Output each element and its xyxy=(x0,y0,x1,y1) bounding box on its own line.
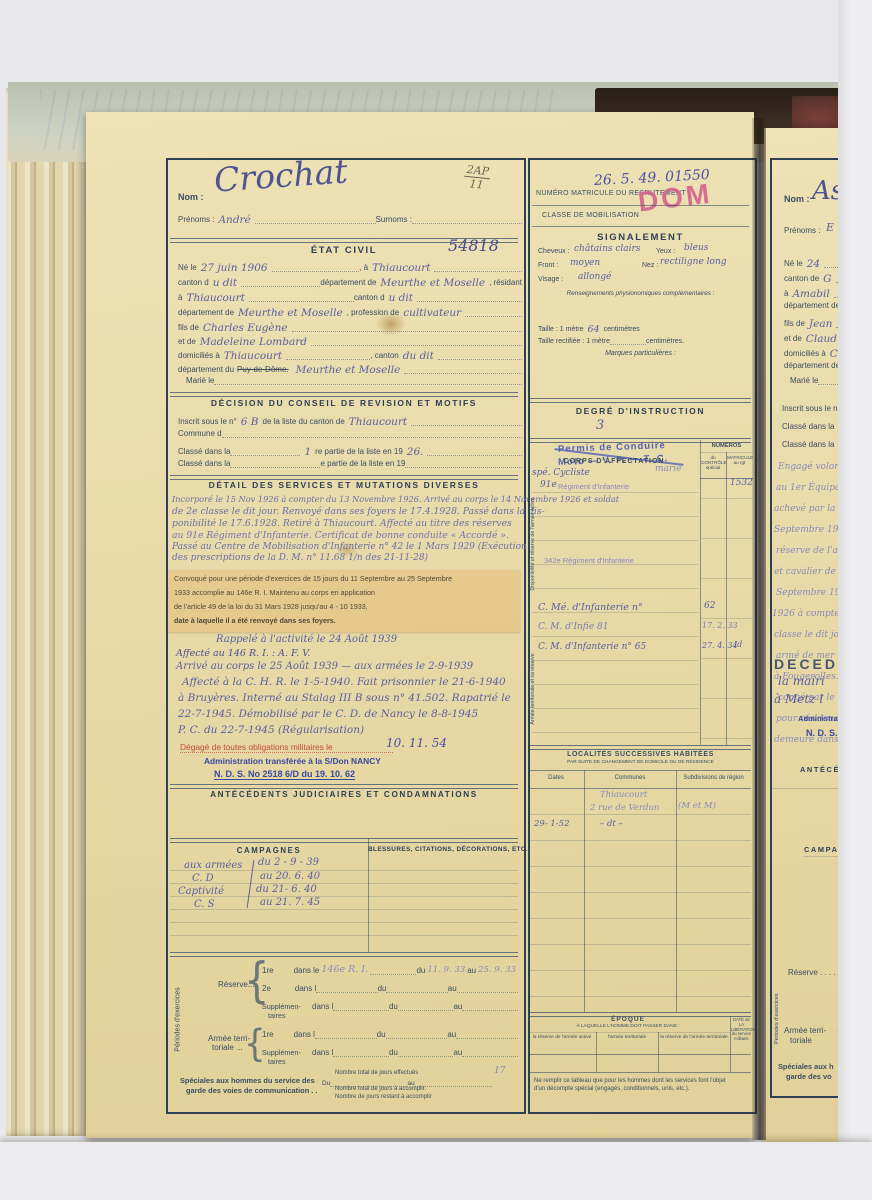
classe-label: Classé dans la xyxy=(782,440,834,449)
dotted-rule xyxy=(255,215,376,224)
form-line: fils deCharles Eugène xyxy=(178,320,522,332)
prenoms-value: E xyxy=(826,221,834,234)
service-note-line: Affecté à la C. H. R. le 1-5-1940. Fait … xyxy=(182,676,506,688)
localites-title: LOCALITÉS SUCCESSIVES HABITÉES xyxy=(528,751,753,758)
corner-note-bottom: 11 xyxy=(463,177,491,193)
corps-row-matricule: 1532 xyxy=(730,478,753,488)
label: du xyxy=(389,1002,398,1011)
decede-note: à Metz l xyxy=(774,692,823,706)
degre-value: 3 xyxy=(596,418,604,433)
dotted-rule xyxy=(386,1030,448,1039)
hw-value: 25. 9. 33 xyxy=(478,965,516,975)
form-line: département de xyxy=(784,301,838,310)
label: au xyxy=(453,1002,462,1011)
label: du xyxy=(378,984,387,993)
nom-label: Nom : xyxy=(784,194,810,204)
label: et de xyxy=(178,337,196,346)
ruled-line xyxy=(532,588,698,589)
form-line: Classé dans lae partie de la liste en 19 xyxy=(178,459,522,468)
ruled-line xyxy=(701,538,753,539)
slip-line: de l'article 49 de la loi du 31 Mars 192… xyxy=(174,602,368,611)
dotted-rule xyxy=(610,336,646,345)
form-line: Commune d xyxy=(178,429,522,438)
table-divider xyxy=(596,1032,597,1072)
corps-row-date: 17. 2. 33 xyxy=(702,621,738,630)
section-divider xyxy=(170,784,518,789)
hw-value: Thiaucourt xyxy=(349,416,407,428)
label: 1re xyxy=(262,966,274,975)
classe-label: Classé dans la xyxy=(782,422,834,431)
hw-value: Thiaucourt xyxy=(186,292,244,304)
renseignements-label: Renseignements physionomiques complément… xyxy=(528,290,753,297)
dotted-rule xyxy=(412,215,522,224)
label: département de xyxy=(178,308,234,317)
dotted-rule xyxy=(333,1002,389,1011)
label: , à xyxy=(359,263,368,272)
speciales-label: garde des vo xyxy=(786,1072,832,1081)
form-line: Taille rectifiée : 1 mètrecentimètres. xyxy=(538,336,738,345)
ruled-line xyxy=(701,738,753,739)
localites-subtitle: PAR SUITE DE CHANGEMENT DE DOMICILE OU D… xyxy=(528,760,753,765)
service-note-line: Septembre 1924 xyxy=(776,588,838,598)
ruled-line xyxy=(530,970,751,971)
label: domiciliés à xyxy=(784,349,826,358)
dotted-rule xyxy=(316,984,377,993)
controle-subheader: du CONTRÔLE spécial xyxy=(701,455,725,470)
printed-brace: { xyxy=(244,1022,266,1066)
rule xyxy=(530,1072,751,1073)
dotted-rule xyxy=(465,308,522,317)
hw-value: Thiaucourt xyxy=(224,350,282,362)
label: fils de xyxy=(784,319,805,328)
hw-value: Meurthe et Moselle xyxy=(380,277,485,289)
armee-territoriale-label: Armée terri- xyxy=(208,1034,250,1043)
ruled-line xyxy=(530,996,751,997)
jours-label: Nombre total de jours à accomplir. xyxy=(335,1086,426,1092)
label: e partie de la liste en 19 xyxy=(320,459,405,468)
label: 1re xyxy=(262,1030,274,1039)
label: de la liste du canton de xyxy=(263,417,345,426)
taille-value: 64 xyxy=(588,324,600,335)
dotted-rule xyxy=(427,447,522,456)
service-note-line: et cavalier de 2 xyxy=(774,567,838,577)
ruled-line xyxy=(532,708,698,709)
form-line: département de xyxy=(784,361,838,370)
service-note-line: Passé au Centre de Mobilisation d'Infant… xyxy=(172,542,527,552)
table-divider xyxy=(658,1032,659,1072)
hw-value: Jean xyxy=(809,318,832,330)
jours-value: 17 xyxy=(494,1066,505,1076)
visage-label: Visage : xyxy=(538,276,563,283)
form-line: Prénoms : André Surnoms : xyxy=(178,212,522,224)
section-divider xyxy=(530,745,751,750)
form-line: Né le27 juin 1906, àThiaucourt xyxy=(178,260,522,272)
label: canton d xyxy=(354,293,385,302)
reserve-label: Réserve . . . . xyxy=(788,968,836,977)
campagne-entry: au 21. 7. 45 xyxy=(260,897,320,908)
cheveux-label: Cheveux : xyxy=(538,248,570,255)
label: département de xyxy=(784,301,838,310)
antecedents-title: ANTÉCÉDENTS JUDICIAIRES ET CONDAMNATIONS xyxy=(170,790,518,799)
spe-cycliste-note: spé. Cycliste xyxy=(532,468,590,478)
rule xyxy=(532,226,749,227)
label: , profession de xyxy=(347,308,399,317)
service-note-line: classe le dit jou xyxy=(774,630,838,640)
form-line: dans lduau xyxy=(312,1048,518,1057)
nez-label: Nez : xyxy=(642,262,658,269)
dotted-rule xyxy=(214,376,522,385)
main-record-card: Nom : Crochat 2AP 11 Prénoms : André Sur… xyxy=(86,112,754,1138)
dotted-rule xyxy=(230,459,320,468)
service-note-line: de 2e classe le dit jour. Renvoyé dans s… xyxy=(172,506,545,517)
service-note-line: Septembre 1924 pa xyxy=(774,525,838,535)
hw-value: G xyxy=(823,273,831,285)
marques-label: Marques particulières : xyxy=(528,350,753,357)
label: Supplémen- xyxy=(262,1002,301,1011)
front-label: Front : xyxy=(538,262,558,269)
label: 2e xyxy=(262,984,271,993)
corps-row-stamp: 342e Régiment d'Infanterie xyxy=(544,556,634,565)
hw-value: Amabil xyxy=(792,288,829,300)
localite-entry: (M et M) xyxy=(678,801,716,811)
nom-signature: As xyxy=(812,176,838,206)
label: Né le xyxy=(178,263,197,272)
form-line: canton deG xyxy=(784,271,838,283)
label: taires xyxy=(268,1057,286,1066)
epoque-footnote: Ne remplir ce tableau que pour les homme… xyxy=(534,1078,726,1084)
hw-value: u dit xyxy=(389,292,413,304)
ruled-line xyxy=(532,684,698,685)
epoque-title: ÉPOQUE xyxy=(528,1016,728,1023)
taille-label: Taille : 1 mètre xyxy=(538,326,584,333)
dotted-rule xyxy=(370,966,416,975)
corps-row-unit: C. M. d'Infie 81 xyxy=(538,622,608,632)
label: canton de xyxy=(784,274,819,283)
blessures-title: BLESSURES, CITATIONS, DÉCORATIONS, ETC. xyxy=(368,846,518,853)
hw-value: Madeleine Lombard xyxy=(200,336,307,348)
localites-col-dates: Dates xyxy=(528,775,584,781)
dotted-rule xyxy=(311,337,522,346)
armee-territoriale-label: toriale xyxy=(790,1036,812,1045)
campagne-entry: au 20. 6. 40 xyxy=(260,871,320,882)
dotted-rule xyxy=(411,417,522,426)
campagne-entry: du 21- 6. 40 xyxy=(256,884,317,895)
service-note-line: réserve de l'ar xyxy=(776,546,838,556)
label: dans le xyxy=(294,966,320,975)
label: domiciliés à xyxy=(178,351,220,360)
form-line: Inscrit sous le n°6 Bde la liste du cant… xyxy=(178,414,522,426)
registry-number: 54818 xyxy=(448,236,499,255)
localites-col-subdivisions: Subdivisions de région xyxy=(676,775,751,781)
dotted-rule xyxy=(462,1002,518,1011)
service-note-line: au 91e Régiment d'Infanterie. Certificat… xyxy=(172,530,509,541)
hw-value: 1 xyxy=(304,446,311,458)
hw-value: Charles Eugène xyxy=(203,322,288,334)
ruled-line xyxy=(170,883,518,884)
label: département de xyxy=(784,361,838,370)
table-divider xyxy=(700,440,701,745)
ruled-line xyxy=(701,618,753,619)
yeux-label: Yeux : xyxy=(656,248,675,255)
label: Inscrit sous le n° xyxy=(178,417,237,426)
struck-text: Puy-de-Dôme. xyxy=(237,365,289,374)
section-divider xyxy=(530,398,751,403)
form-line: 1redans lduau xyxy=(262,1030,518,1039)
dotted-rule xyxy=(462,1048,518,1057)
form-line: dans lduau xyxy=(312,1002,518,1011)
hw-value: Claud xyxy=(806,333,837,345)
form-line: Marié le xyxy=(790,376,838,385)
corps-row-unit: C. Mé. d'Infanterie n° xyxy=(538,602,643,613)
dotted-rule xyxy=(434,263,522,272)
label: Classé dans la xyxy=(178,459,230,468)
hw-value: 26. xyxy=(407,446,424,458)
ruled-line xyxy=(772,788,838,789)
admin-nds-note: N. D. S. No 2518 6/D du 19. 10. 62 xyxy=(214,769,355,780)
corps-row-unit: C. M. d'Infanterie n° 65 xyxy=(538,642,646,652)
ruled-line xyxy=(530,944,751,945)
label: au xyxy=(467,966,476,975)
service-note-line: à Bruyères. Interné au Stalag III B sous… xyxy=(178,692,511,704)
rule xyxy=(530,1054,751,1055)
rule xyxy=(530,770,751,771)
disponibilite-vertical-label: Disponibilité et réserve de l'armée acti… xyxy=(530,469,536,619)
dotted-rule xyxy=(456,1030,518,1039)
corps-row-number: 62 xyxy=(704,601,715,611)
surnoms-label: Surnoms : xyxy=(376,215,412,224)
dotted-rule xyxy=(438,351,522,360)
printed-brace: { xyxy=(244,953,269,1008)
ruled-line xyxy=(530,840,751,841)
service-note-line: au 1er Équipage xyxy=(776,483,838,493)
dotted-rule xyxy=(398,1002,454,1011)
label: à xyxy=(178,293,182,302)
decede-note: la mairi xyxy=(778,674,825,688)
form-line: Classé dans la1re partie de la liste en … xyxy=(178,444,522,456)
label: du xyxy=(416,966,425,975)
service-note-line: achevé par la xyxy=(774,504,835,514)
label: taires xyxy=(268,1011,286,1020)
degage-date: 10. 11. 54 xyxy=(386,736,447,750)
label: re partie de la liste en 19 xyxy=(315,447,403,456)
rule xyxy=(530,1032,730,1033)
service-note-line: P. C. du 22-7-1945 (Régularisation) xyxy=(178,724,364,736)
label: Supplémen- xyxy=(262,1048,301,1057)
prenoms-value: André xyxy=(218,214,250,226)
label: dans l xyxy=(312,1048,333,1057)
hw-value: 27 juin 1906 xyxy=(201,262,268,274)
label: Classé dans la xyxy=(178,447,230,456)
slip-line: 1933 accomplie au 146e R. I. Maintenu au… xyxy=(174,588,375,597)
ruled-line xyxy=(701,658,753,659)
localite-entry: Thiaucourt xyxy=(600,790,647,800)
epoque-col2: l'armée territoriale xyxy=(598,1035,656,1040)
label: du xyxy=(389,1048,398,1057)
speciales-label: Spéciales aux hommes du service des xyxy=(180,1076,315,1085)
form-line: département duPuy-de-Dôme.Meurthe et Mos… xyxy=(178,362,522,374)
front-value: moyen xyxy=(570,258,600,268)
corps-row-stamp: Régiment d'Infanterie xyxy=(558,482,629,491)
jours-label: Nombre de jours restant à accomplir xyxy=(335,1094,432,1100)
dotted-rule xyxy=(824,259,838,268)
dotted-rule xyxy=(333,1048,389,1057)
hw-value: Meurthe et Moselle xyxy=(238,307,343,319)
hw-value: Thiaucourt xyxy=(372,262,430,274)
label: au xyxy=(448,984,457,993)
marie-note: marié xyxy=(655,464,681,474)
taille-rectifiee-label: Taille rectifiée : 1 mètre xyxy=(538,338,610,345)
ruled-line xyxy=(532,540,698,541)
label: dans l xyxy=(295,984,316,993)
matricule-subheader: MATRICULE au rgt xyxy=(727,455,752,465)
slip-line: Convoqué pour une période d'exercices de… xyxy=(174,574,452,583)
service-note-line: Rappelé à l'activité le 24 Août 1939 xyxy=(216,634,397,645)
dotted-rule xyxy=(415,1078,492,1087)
prenoms-label: Prénoms : xyxy=(784,226,820,235)
ruled-line xyxy=(170,909,518,910)
form-line: fils deJean xyxy=(784,316,838,328)
corps-row-note: Id xyxy=(734,640,742,649)
form-line: Taille : 1 mètre64centimètres xyxy=(538,322,738,333)
periodes-vertical-label: Périodes d'exercices xyxy=(175,960,182,1080)
label: , canton xyxy=(370,351,398,360)
label: au xyxy=(447,1030,456,1039)
ruled-line xyxy=(701,698,753,699)
label: , résidant xyxy=(489,278,522,287)
degage-stamp: Dégagé de toutes obligations militaires … xyxy=(180,742,393,753)
campagne-entry: C. D xyxy=(192,873,214,884)
label: centimètres. xyxy=(646,338,684,345)
armee-territoriale-label: toriale ... xyxy=(212,1043,243,1052)
service-note-line: Affecté au 146 R. I. : A. F. V. xyxy=(176,648,310,659)
admin-nds-note: N. D. S. xyxy=(806,728,838,738)
numeros-header: NUMÉROS xyxy=(700,443,753,449)
localite-entry: – dt – xyxy=(600,819,623,829)
dotted-rule xyxy=(417,293,522,302)
inscrit-label: Inscrit sous le n xyxy=(782,404,838,413)
label: centimètres xyxy=(604,326,640,333)
hw-value: 6 B xyxy=(241,416,259,428)
label: Marié le xyxy=(186,376,214,385)
localites-col-communes: Communes xyxy=(584,775,676,781)
section-divider xyxy=(170,952,518,957)
table-divider xyxy=(676,770,677,1012)
label: dans l xyxy=(312,1002,333,1011)
label: canton d xyxy=(178,278,209,287)
ruled-line xyxy=(532,660,698,661)
section-divider xyxy=(170,838,518,843)
form-line: domiciliés àC xyxy=(784,346,838,358)
form-line: département deMeurthe et Moselle, profes… xyxy=(178,305,522,317)
hw-value: C xyxy=(830,348,838,360)
rule xyxy=(530,788,751,789)
label: à xyxy=(784,289,788,298)
dotted-rule xyxy=(249,293,354,302)
admin-transfer-note: Administratio xyxy=(798,714,838,723)
form-line: 1redans le146e R. I.du11. 9. 33au25. 9. … xyxy=(262,964,518,975)
ruled-line xyxy=(804,856,838,857)
form-line: àAmabil xyxy=(784,286,838,298)
decede-stamp: DECEDE xyxy=(774,656,838,672)
form-line: àThiaucourtcanton du dit xyxy=(178,290,522,302)
hw-value: Meurthe et Moselle xyxy=(296,364,401,376)
epoque-col3: la réserve de l'armée territoriale xyxy=(660,1035,728,1040)
form-line: domiciliés àThiaucourt, cantondu dit xyxy=(178,348,522,360)
corner-note: 2AP 11 xyxy=(463,163,492,193)
campagne-entry: Captivité xyxy=(178,886,224,897)
dotted-rule xyxy=(398,1048,454,1057)
dotted-rule xyxy=(292,323,522,332)
ruled-line xyxy=(530,892,751,893)
dotted-rule xyxy=(286,351,370,360)
next-record-card: Nom : As Prénoms : E Né le24 canton deG … xyxy=(764,128,838,1142)
armee-territoriale-label: Armée terri- xyxy=(784,1026,826,1035)
campagne-entry: du 2 - 9 - 39 xyxy=(258,857,319,868)
hw-value: 11. 9. 33 xyxy=(427,965,465,975)
slip-line: date à laquelle il a été renvoyé dans se… xyxy=(174,616,336,625)
yeux-value: bleus xyxy=(684,243,708,253)
table-divider xyxy=(726,452,727,745)
photo-background-right xyxy=(838,0,872,1200)
jours-label: Nombre total de jours effectués xyxy=(335,1070,418,1076)
label: Marié le xyxy=(790,376,818,385)
campagnes-title: CAMPAGNES xyxy=(804,845,838,854)
label: et de xyxy=(784,334,802,343)
armee-territoriale-vertical-label: Armée territoriale et sa réserve xyxy=(530,634,536,744)
label: Du xyxy=(322,1080,330,1087)
prenoms-label: Prénoms : xyxy=(178,215,214,224)
dotted-rule xyxy=(457,984,518,993)
epoque-col1: la réserve de l'armée active xyxy=(530,1035,594,1040)
ruled-line xyxy=(532,516,698,517)
hw-value: 24 xyxy=(807,258,820,270)
dotted-rule xyxy=(405,459,522,468)
speciales-label: Spéciales aux h xyxy=(778,1062,833,1071)
form-line: canton du ditdépartement deMeurthe et Mo… xyxy=(178,275,522,287)
form-line: et deMadeleine Lombard xyxy=(178,334,522,346)
nez-value: rectiligne long xyxy=(660,257,727,267)
ruled-line xyxy=(532,636,698,637)
rule xyxy=(532,205,749,206)
dotted-rule xyxy=(241,278,320,287)
hw-value: du dit xyxy=(403,350,434,362)
decision-title: DÉCISION DU CONSEIL DE REVISION ET MOTIF… xyxy=(170,398,518,408)
localite-entry: 2 rue de Verdun xyxy=(590,803,659,813)
rule xyxy=(700,452,753,453)
dotted-rule xyxy=(404,365,522,374)
ruled-line xyxy=(170,935,518,936)
visage-value: allongé xyxy=(578,272,611,282)
service-note-line: ponibilité le 17.6.1928. Retiré à Thiauc… xyxy=(172,518,512,529)
epoque-footnote: d'un décompte spécial (engagés, conditio… xyxy=(534,1086,690,1092)
service-note-line: des prescriptions de la D. M. n° 11.68 1… xyxy=(172,553,428,563)
ruled-line xyxy=(530,814,751,815)
ruled-line xyxy=(532,492,698,493)
corps-row-unit: 91e xyxy=(540,480,557,490)
label: Commune d xyxy=(178,429,222,438)
periodes-vertical-label: Périodes d'exercices xyxy=(774,974,780,1044)
ruled-line xyxy=(170,922,518,923)
dotted-rule xyxy=(818,376,838,385)
page-edges-stack xyxy=(6,88,88,1136)
dotted-rule xyxy=(315,1030,377,1039)
label: département du xyxy=(178,365,234,374)
label: département de xyxy=(320,278,376,287)
degre-instruction-title: DEGRÉ D'INSTRUCTION xyxy=(528,406,753,416)
ruled-line xyxy=(530,866,751,867)
dotted-rule xyxy=(386,984,447,993)
campagne-entry: C. S xyxy=(194,899,215,910)
